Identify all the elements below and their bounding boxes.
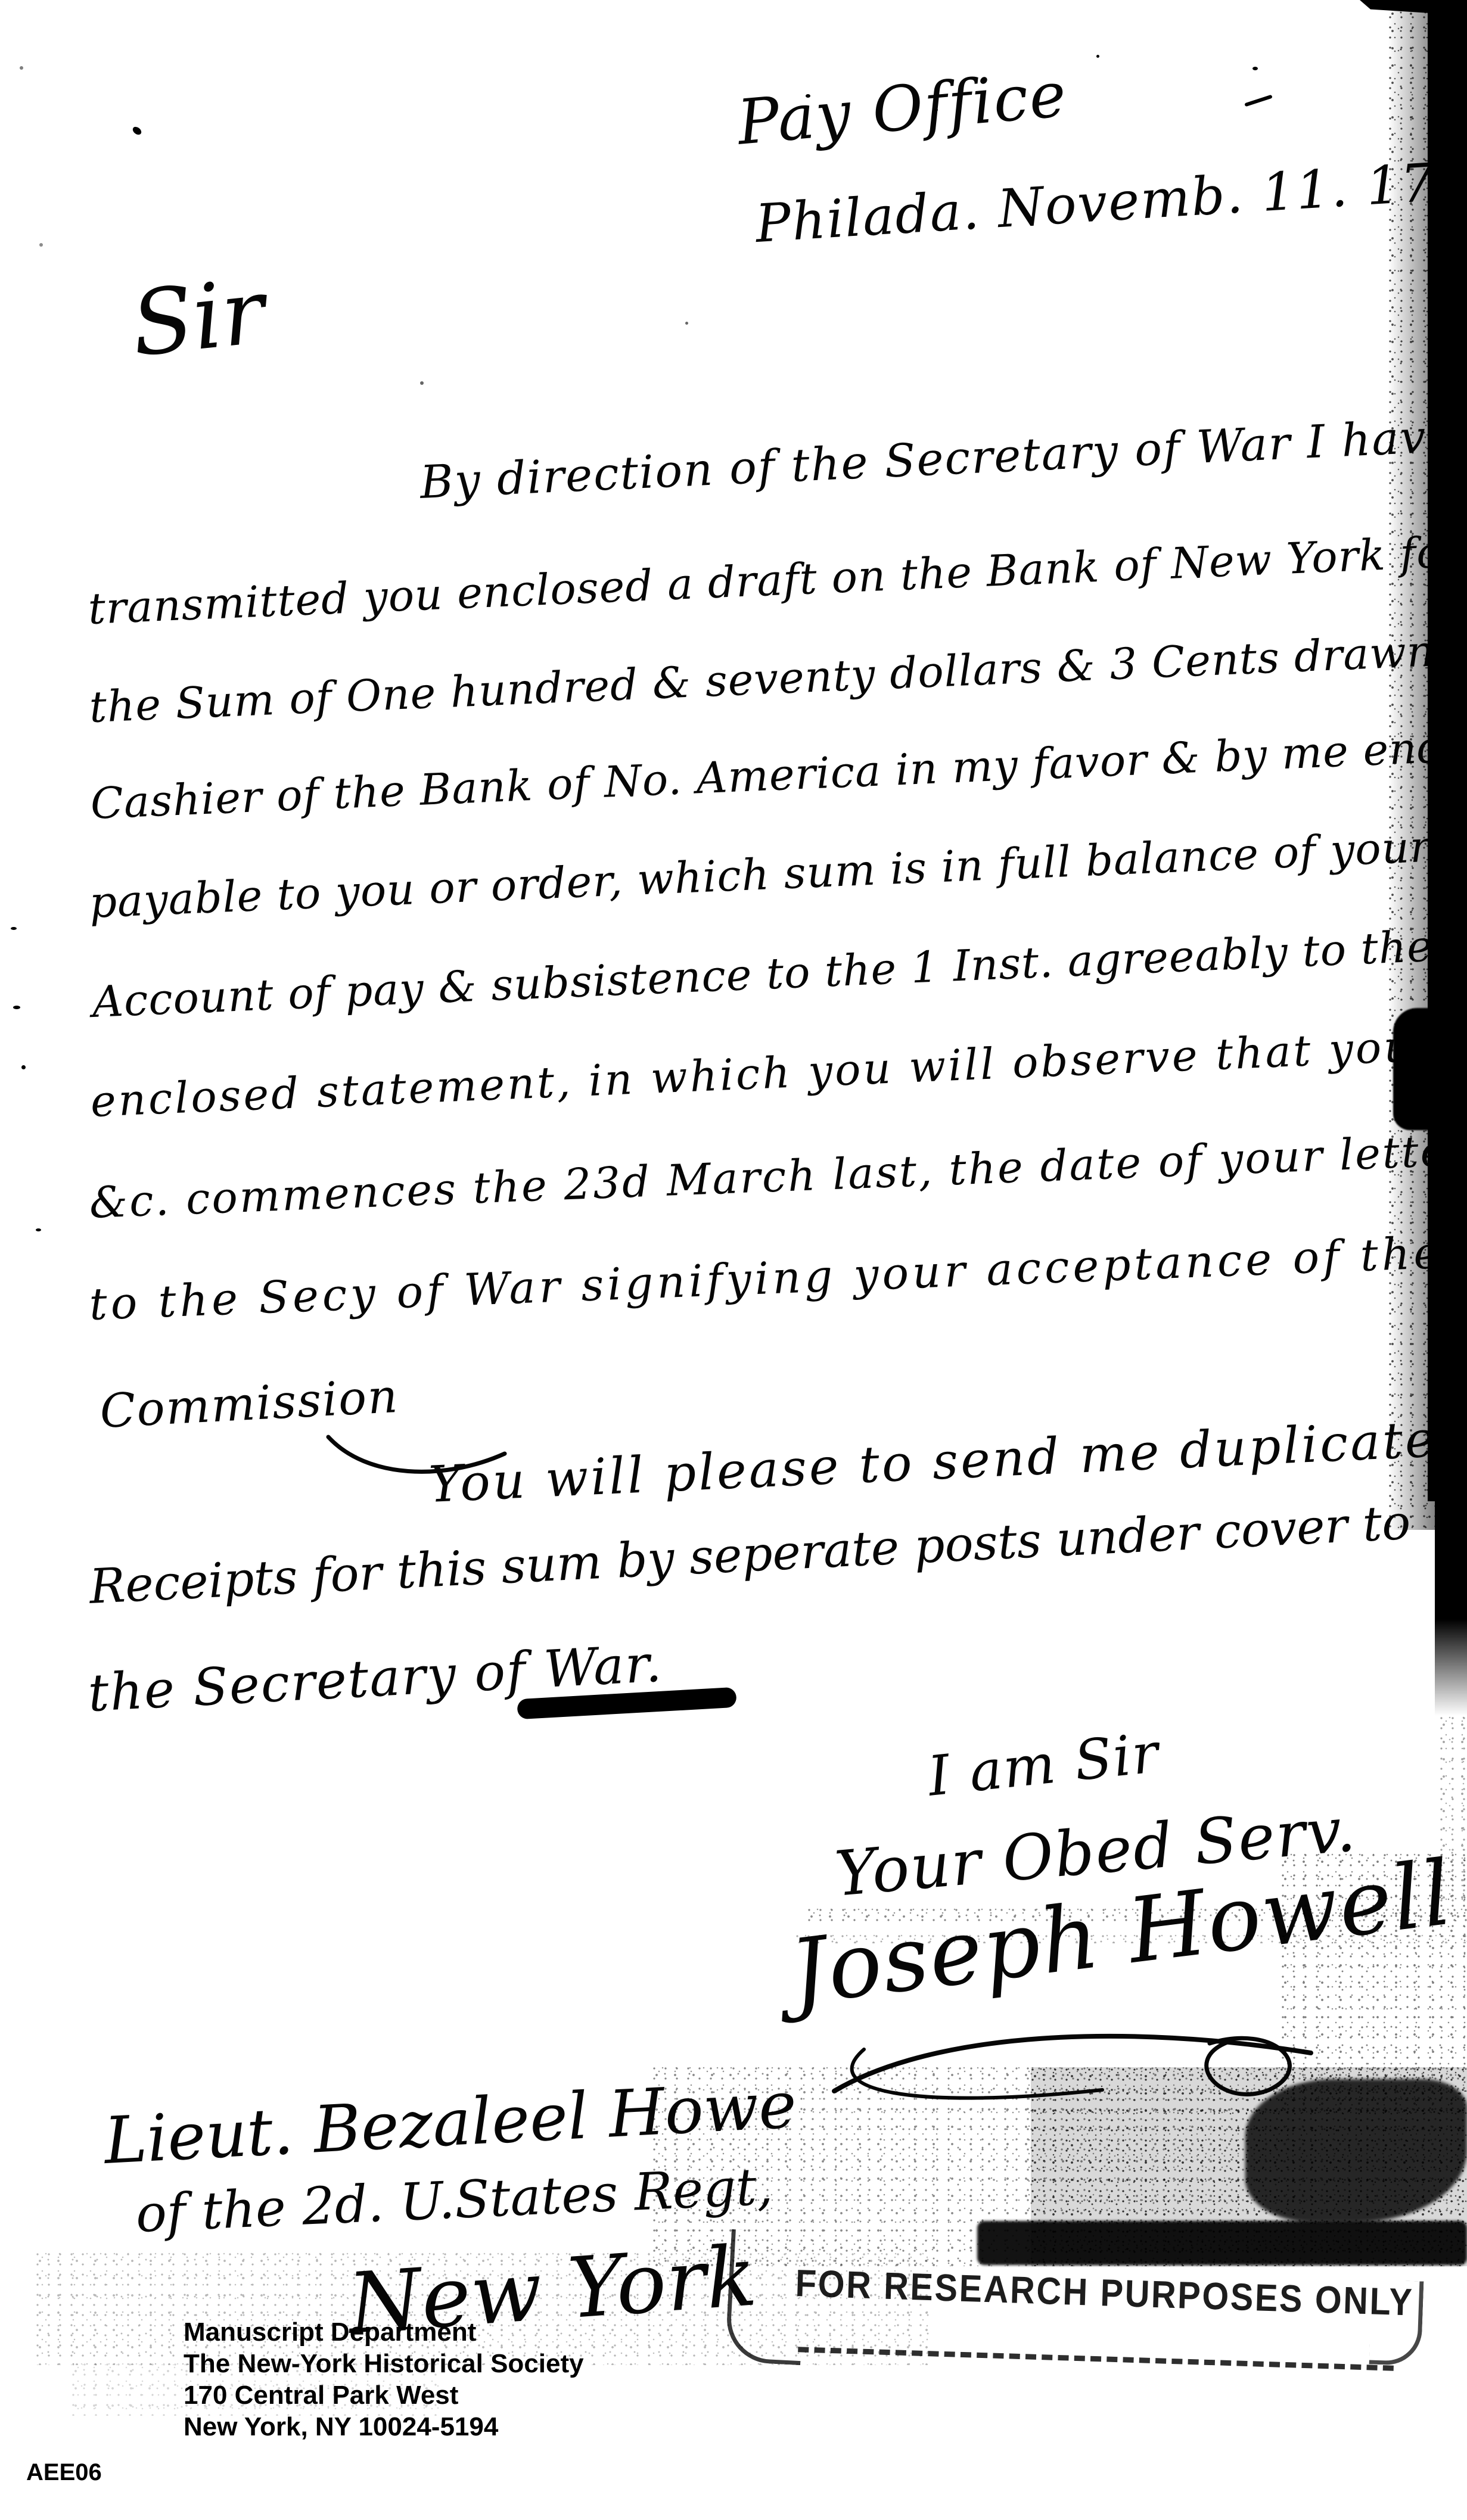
scan-noise-patch [36, 2252, 930, 2365]
closing-i-am-sir: I am Sir [925, 1725, 1162, 1806]
letter-line: transmitted you enclosed a draft on the … [87, 529, 1465, 631]
letter-line: payable to you or order, which sum is in… [88, 825, 1431, 926]
scan-speck [934, 108, 938, 111]
letter-line: enclosed statement, in which you will ob… [89, 1019, 1467, 1124]
pay-office-heading: Pay Office [735, 62, 1070, 155]
scan-noise-band [977, 2221, 1467, 2265]
letter-line: Cashier of the Bank of No. America in my… [89, 720, 1467, 827]
scan-speck [1244, 95, 1273, 107]
scan-speck [39, 243, 43, 247]
scan-noise-streak [795, 1934, 1467, 1943]
letter-line: &c. commences the 23d March last, the da… [89, 1128, 1467, 1226]
letter-line: Receipts for this sum by seperate posts … [88, 1498, 1412, 1612]
corner-code: AEE06 [26, 2459, 102, 2486]
scan-speck [1096, 55, 1099, 58]
scan-edge-bulge [1393, 1008, 1467, 1130]
letter-line: Account of pay & subsistence to the 1 In… [91, 924, 1434, 1025]
scan-speck [1252, 67, 1258, 70]
scan-noise-blot [1245, 2079, 1467, 2222]
letter-line: to the Secy of War signifying your accep… [89, 1230, 1444, 1329]
scan-noise-patch [72, 2362, 441, 2416]
letter-scan-page: Pay Office Philada. Novemb. 11. 1791 Sir… [0, 0, 1467, 2520]
scan-edge-bar-fade [1435, 1501, 1467, 1716]
letter-line: You will please to send me duplicate [428, 1413, 1438, 1511]
scan-speck [420, 381, 424, 385]
scan-speck [806, 94, 810, 98]
letter-line: By direction of the Secretary of War I h… [419, 412, 1456, 506]
letter-line: the Sum of One hundred & seventy dollars… [88, 623, 1467, 730]
dateline: Philada. Novemb. 11. 1791 [754, 151, 1467, 251]
stamp-border-right [1369, 2280, 1424, 2366]
scan-speck [685, 322, 688, 325]
scan-speck [13, 1006, 20, 1009]
scan-noise-streak [807, 1908, 1467, 1923]
scan-edge-fray [1388, 5, 1436, 1530]
scan-speck [131, 125, 142, 136]
salutation: Sir [128, 265, 269, 372]
scan-speck [36, 1228, 41, 1231]
scan-speck [11, 927, 17, 930]
scan-speck [21, 1065, 26, 1069]
scan-speck [20, 66, 23, 70]
